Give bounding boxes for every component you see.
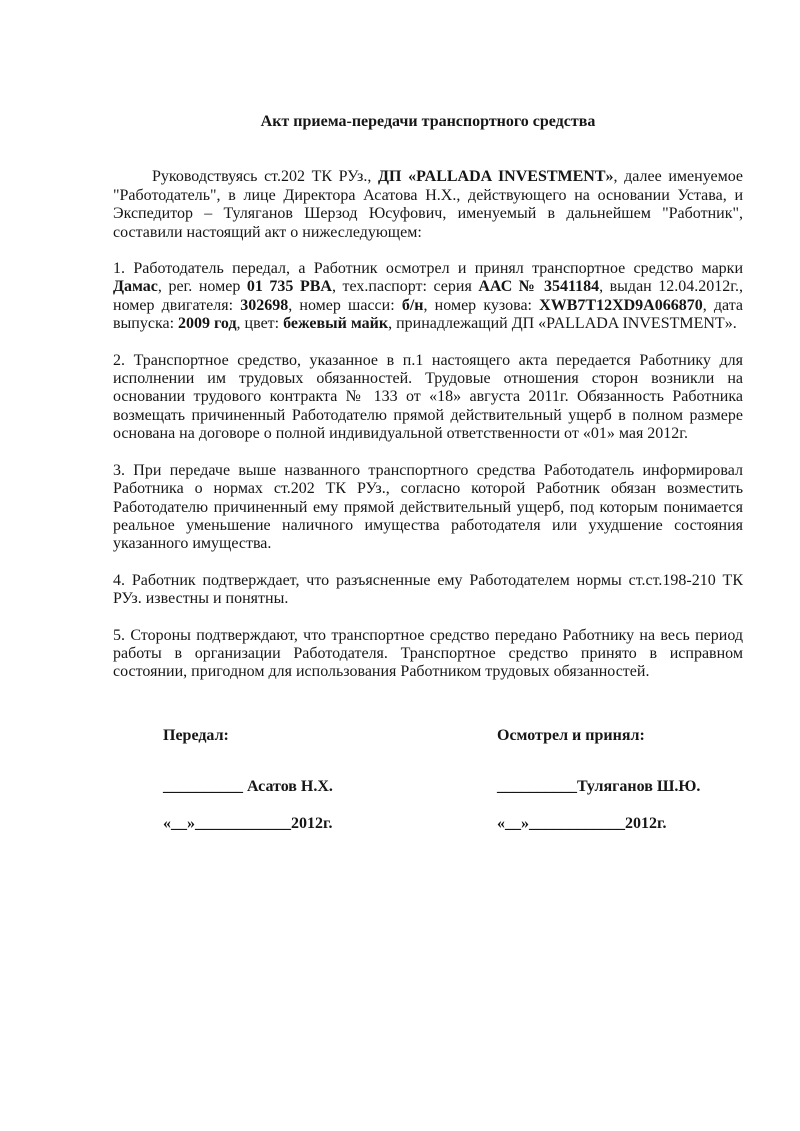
signature-block: Передал: Осмотрел и принял: __________ А… <box>113 727 743 833</box>
clause-1-paragraph: 1. Работодатель передал, а Работник осмо… <box>113 260 743 334</box>
text-run: 5. Стороны подтверждают, что транспортно… <box>113 627 743 681</box>
text-run: , номер кузова: <box>424 297 540 314</box>
text-run: 1. Работодатель передал, а Работник осмо… <box>113 260 743 277</box>
text-run: , принадлежащий ДП «PALLADA INVESTMENT». <box>388 315 737 332</box>
transferor-signature-line: __________ Асатов Н.Х. <box>163 778 497 796</box>
text-run: Руководствуясь ст.202 ТК РУз., <box>152 168 378 185</box>
transferor-date-line: «__»____________2012г. <box>163 815 497 833</box>
text-run: , цвет: <box>237 315 284 332</box>
receiver-role-label: Осмотрел и принял: <box>497 727 743 745</box>
document-page: Акт приема-передачи транспортного средст… <box>0 0 800 1131</box>
signature-dates-row: «__»____________2012г. «__»____________2… <box>163 815 743 833</box>
text-run: , рег. номер <box>158 278 247 295</box>
text-run: 2. Транспортное средство, указанное в п.… <box>113 352 743 443</box>
clause-4-paragraph: 4. Работник подтверждает, что разъясненн… <box>113 572 743 609</box>
text-run: 01 735 PBA <box>247 278 332 295</box>
text-run: , тех.паспорт: серия <box>332 278 478 295</box>
text-run: XWB7T12XD9A066870 <box>539 297 703 314</box>
intro-paragraph: Руководствуясь ст.202 ТК РУз., ДП «PALLA… <box>113 168 743 242</box>
text-run: 3. При передаче выше названного транспор… <box>113 462 743 553</box>
text-run: 2009 год <box>178 315 237 332</box>
transferor-role-label: Передал: <box>163 727 497 745</box>
text-run: Дамас <box>113 278 158 295</box>
signature-names-row: __________ Асатов Н.Х. __________Туляган… <box>163 778 743 796</box>
receiver-signature-line: __________Туляганов Ш.Ю. <box>497 778 743 796</box>
text-run: ДП «PALLADA INVESTMENT» <box>378 168 614 185</box>
text-run: ААС № 3541184 <box>478 278 599 295</box>
signature-roles-row: Передал: Осмотрел и принял: <box>163 727 743 745</box>
text-run: 4. Работник подтверждает, что разъясненн… <box>113 572 743 607</box>
clause-2-paragraph: 2. Транспортное средство, указанное в п.… <box>113 352 743 444</box>
text-run: 302698 <box>240 297 288 314</box>
text-run: , номер шасси: <box>288 297 402 314</box>
receiver-date-line: «__»____________2012г. <box>497 815 743 833</box>
clause-3-paragraph: 3. При передаче выше названного транспор… <box>113 462 743 554</box>
clause-5-paragraph: 5. Стороны подтверждают, что транспортно… <box>113 627 743 682</box>
text-run: бежевый майк <box>283 315 388 332</box>
text-run: б/н <box>402 297 424 314</box>
document-title: Акт приема-передачи транспортного средст… <box>113 113 743 131</box>
